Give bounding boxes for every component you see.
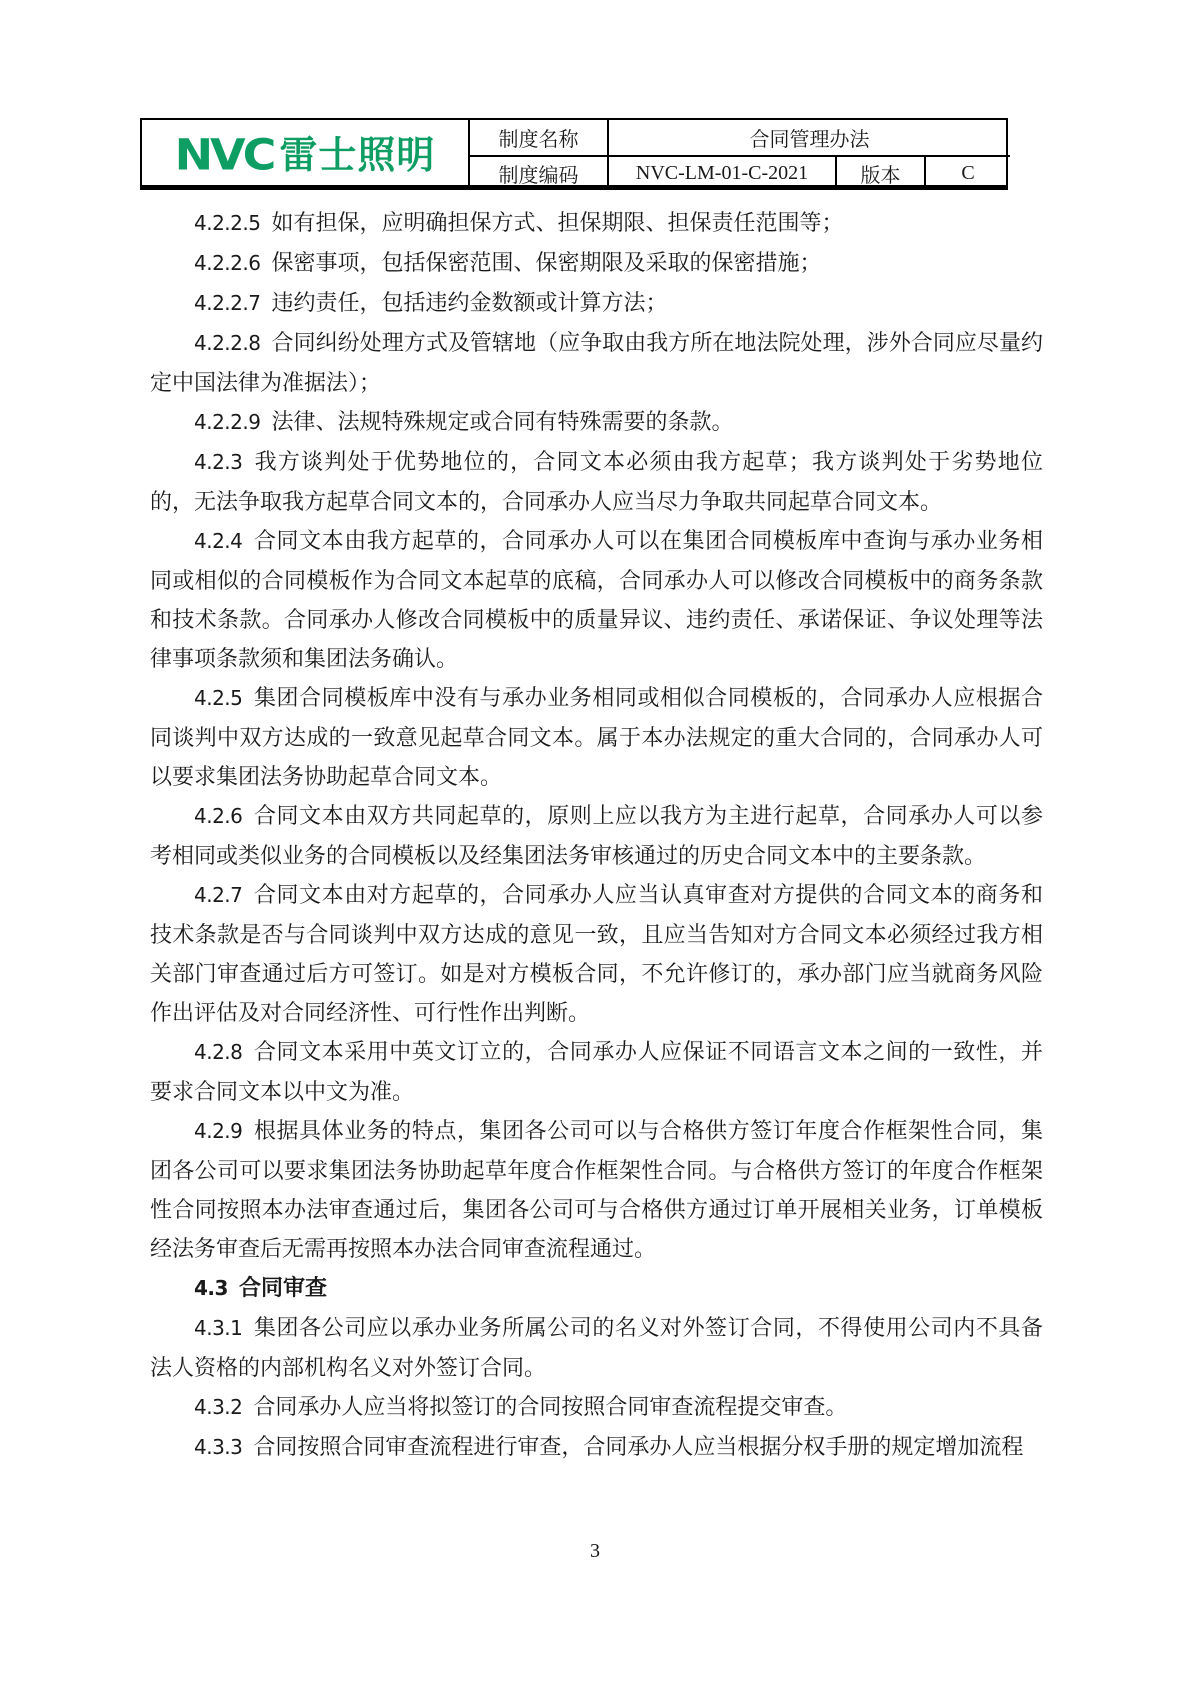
paragraph-number: 4.2.2.9 xyxy=(194,410,260,434)
paragraph-number: 4.2.9 xyxy=(194,1119,242,1143)
paragraph-number: 4.2.4 xyxy=(194,529,242,553)
paragraph-text: 合同文本由对方起草的，合同承办人应当认真审查对方提供的合同文本的商务和技术条款是… xyxy=(150,882,1043,1025)
paragraph: 4.2.8合同文本采用中英文订立的，合同承办人应保证不同语言文本之间的一致性，并… xyxy=(150,1032,1043,1111)
page-number: 3 xyxy=(590,1540,600,1562)
policy-code-value: NVC-LM-01-C-2021 xyxy=(607,155,835,190)
paragraph-number: 4.2.2.7 xyxy=(194,291,260,315)
document-body: 4.2.2.5如有担保，应明确担保方式、担保期限、担保责任范围等；4.2.2.6… xyxy=(150,203,1043,1467)
paragraph: 4.3.3合同按照合同审查流程进行审查，合同承办人应当根据分权手册的规定增加流程 xyxy=(150,1427,1043,1467)
paragraph-text: 合同文本由双方共同起草的，原则上应以我方为主进行起草，合同承办人可以参考相同或类… xyxy=(150,803,1043,868)
policy-name-value: 合同管理办法 xyxy=(607,120,1010,155)
paragraph-text: 合同按照合同审查流程进行审查，合同承办人应当根据分权手册的规定增加流程 xyxy=(253,1434,1023,1459)
paragraph: 4.2.2.8合同纠纷处理方式及管辖地（应争取由我方所在地法院处理，涉外合同应尽… xyxy=(150,323,1043,402)
paragraph-text: 我方谈判处于优势地位的，合同文本必须由我方起草；我方谈判处于劣势地位的，无法争取… xyxy=(150,449,1043,514)
paragraph: 4.2.2.5如有担保，应明确担保方式、担保期限、担保责任范围等； xyxy=(150,203,1043,243)
policy-code-label: 制度编码 xyxy=(468,155,607,190)
paragraph-text: 集团合同模板库中没有与承办业务相同或相似合同模板的，合同承办人应根据合同谈判中双… xyxy=(150,685,1043,789)
nvc-logo-mark: NVC xyxy=(175,134,274,176)
paragraph-text: 合同纠纷处理方式及管辖地（应争取由我方所在地法院处理，涉外合同应尽量约定中国法律… xyxy=(150,330,1043,395)
paragraph: 4.2.4合同文本由我方起草的，合同承办人可以在集团合同模板库中查询与承办业务相… xyxy=(150,521,1043,678)
paragraph-text: 违约责任，包括违约金数额或计算方法； xyxy=(271,290,667,315)
document-page: NVC 雷士照明 制度名称 合同管理办法 制度编码 NVC-LM-01-C-20… xyxy=(0,0,1190,1683)
paragraph-number: 4.2.2.8 xyxy=(194,331,260,355)
paragraph-number: 4.2.2.6 xyxy=(194,251,260,275)
paragraph: 4.3.2合同承办人应当将拟签订的合同按照合同审查流程提交审查。 xyxy=(150,1387,1043,1427)
paragraph-text: 合同承办人应当将拟签订的合同按照合同审查流程提交审查。 xyxy=(253,1394,847,1419)
paragraph-number: 4.2.5 xyxy=(194,686,242,710)
paragraph: 4.2.9根据具体业务的特点，集团各公司可以与合格供方签订年度合作框架性合同，集… xyxy=(150,1111,1043,1268)
version-label: 版本 xyxy=(835,155,924,190)
paragraph-number: 4.3 xyxy=(194,1276,228,1300)
paragraph: 4.2.5集团合同模板库中没有与承办业务相同或相似合同模板的，合同承办人应根据合… xyxy=(150,678,1043,796)
paragraph-text: 合同审查 xyxy=(239,1275,327,1300)
paragraph: 4.2.6合同文本由双方共同起草的，原则上应以我方为主进行起草，合同承办人可以参… xyxy=(150,796,1043,875)
paragraph-text: 保密事项，包括保密范围、保密期限及采取的保密措施； xyxy=(271,250,821,275)
paragraph-number: 4.2.2.5 xyxy=(194,211,260,235)
paragraph: 4.2.2.9法律、法规特殊规定或合同有特殊需要的条款。 xyxy=(150,402,1043,442)
paragraph-number: 4.3.2 xyxy=(194,1395,242,1419)
nvc-logo: NVC 雷士照明 xyxy=(175,132,436,178)
paragraph-number: 4.3.3 xyxy=(194,1435,242,1459)
paragraph-number: 4.2.7 xyxy=(194,883,242,907)
logo-cell: NVC 雷士照明 xyxy=(142,120,468,190)
page-footer: 3 xyxy=(0,1540,1190,1563)
paragraph-number: 4.2.3 xyxy=(194,450,242,474)
policy-name-label: 制度名称 xyxy=(468,120,607,155)
nvc-logo-name: 雷士照明 xyxy=(279,136,435,174)
paragraph: 4.2.3我方谈判处于优势地位的，合同文本必须由我方起草；我方谈判处于劣势地位的… xyxy=(150,442,1043,521)
paragraph: 4.2.2.7违约责任，包括违约金数额或计算方法； xyxy=(150,283,1043,323)
paragraph-text: 集团各公司应以承办业务所属公司的名义对外签订合同，不得使用公司内不具备法人资格的… xyxy=(150,1315,1043,1380)
paragraph: 4.3.1集团各公司应以承办业务所属公司的名义对外签订合同，不得使用公司内不具备… xyxy=(150,1308,1043,1387)
paragraph-text: 根据具体业务的特点，集团各公司可以与合格供方签订年度合作框架性合同，集团各公司可… xyxy=(150,1118,1043,1261)
paragraph: 4.2.7合同文本由对方起草的，合同承办人应当认真审查对方提供的合同文本的商务和… xyxy=(150,875,1043,1032)
paragraph-text: 合同文本由我方起草的，合同承办人可以在集团合同模板库中查询与承办业务相同或相似的… xyxy=(150,528,1043,671)
paragraph-text: 合同文本采用中英文订立的，合同承办人应保证不同语言文本之间的一致性，并要求合同文… xyxy=(150,1039,1043,1104)
version-value: C xyxy=(924,155,1010,190)
paragraph: 4.3合同审查 xyxy=(150,1268,1043,1308)
paragraph: 4.2.2.6保密事项，包括保密范围、保密期限及采取的保密措施； xyxy=(150,243,1043,283)
paragraph-text: 法律、法规特殊规定或合同有特殊需要的条款。 xyxy=(271,409,733,434)
paragraph-number: 4.3.1 xyxy=(194,1316,242,1340)
paragraph-text: 如有担保，应明确担保方式、担保期限、担保责任范围等； xyxy=(271,210,843,235)
header-table: NVC 雷士照明 制度名称 合同管理办法 制度编码 NVC-LM-01-C-20… xyxy=(140,118,1008,190)
paragraph-number: 4.2.8 xyxy=(194,1040,242,1064)
paragraph-number: 4.2.6 xyxy=(194,804,242,828)
